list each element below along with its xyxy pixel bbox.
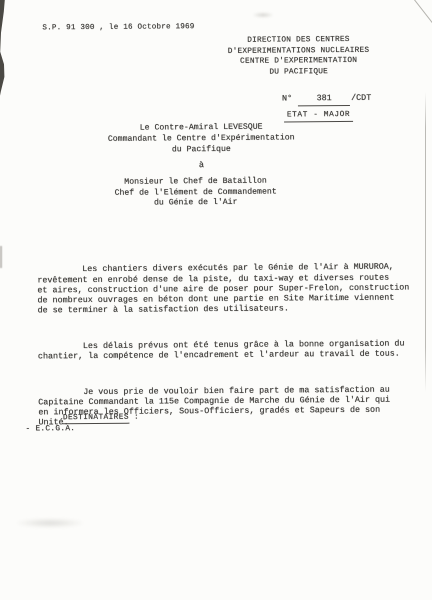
letter-content: S.P. 91 300 , le 16 Octobre 1969 DIRECTI…	[0, 0, 432, 600]
destinataires-colon: :	[129, 414, 139, 422]
separator-a: à	[51, 159, 351, 171]
body-paragraph-1: Les chantiers divers exécutés par le Gén…	[37, 262, 431, 316]
destinataires-list: - E.C.G.A.	[25, 425, 75, 433]
reference-number-suffix: /CDT	[351, 93, 371, 103]
text-line: de se terminer à la satisfaction des uti…	[38, 303, 432, 316]
body-paragraph-2: Les délais prévus ont été tenus grâce à …	[38, 338, 432, 362]
reference-number-value: 381	[298, 93, 350, 106]
reference-number-line: N°381/CDT	[252, 83, 372, 116]
recipient-block: Monsieur le Chef de BataillonChef de l'E…	[46, 176, 346, 210]
text-line: du Pacifique	[51, 144, 351, 157]
text-line: - E.C.G.A.	[25, 425, 75, 433]
text-line: du Génie de l'Air	[46, 197, 346, 210]
date-line: S.P. 91 300 , le 16 Octobre 1969	[42, 23, 194, 32]
sender-block: Le Contre-Amiral LEVESQUECommandant le C…	[51, 122, 351, 157]
destinataires-label: DESTINATAIRES	[63, 414, 129, 425]
letterhead-lines: DIRECTION DES CENTRESD'EXPERIMENTATIONS …	[188, 35, 408, 79]
text-line: chantier, la compétence de l'encadrement…	[38, 348, 432, 361]
scanned-letter-page: S.P. 91 300 , le 16 Octobre 1969 DIRECTI…	[0, 0, 432, 600]
reference-number-prefix: N°	[282, 93, 292, 103]
text-line: DU PACIFIQUE	[189, 66, 409, 78]
